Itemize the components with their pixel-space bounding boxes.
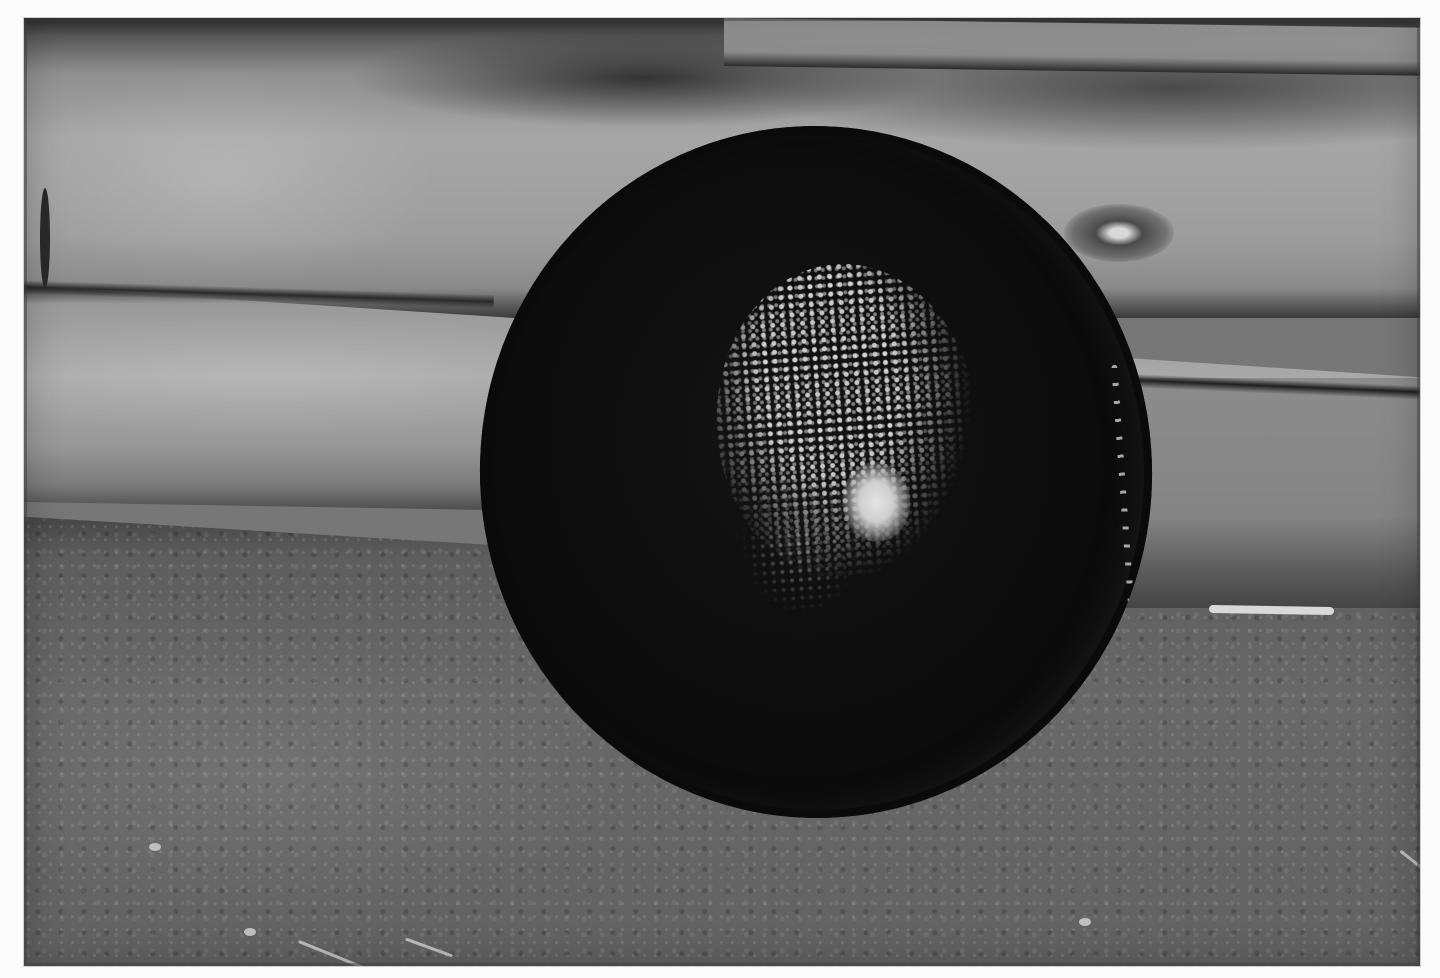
wall-top-strip (724, 18, 1420, 76)
pebble (244, 928, 256, 936)
wood-knot (1064, 204, 1174, 262)
lower-log-right (1114, 378, 1420, 608)
wood-crack (40, 188, 50, 288)
pebble (149, 843, 161, 851)
photograph (24, 18, 1420, 966)
pan-rim-glint (1111, 365, 1135, 625)
pebble (1079, 918, 1091, 926)
